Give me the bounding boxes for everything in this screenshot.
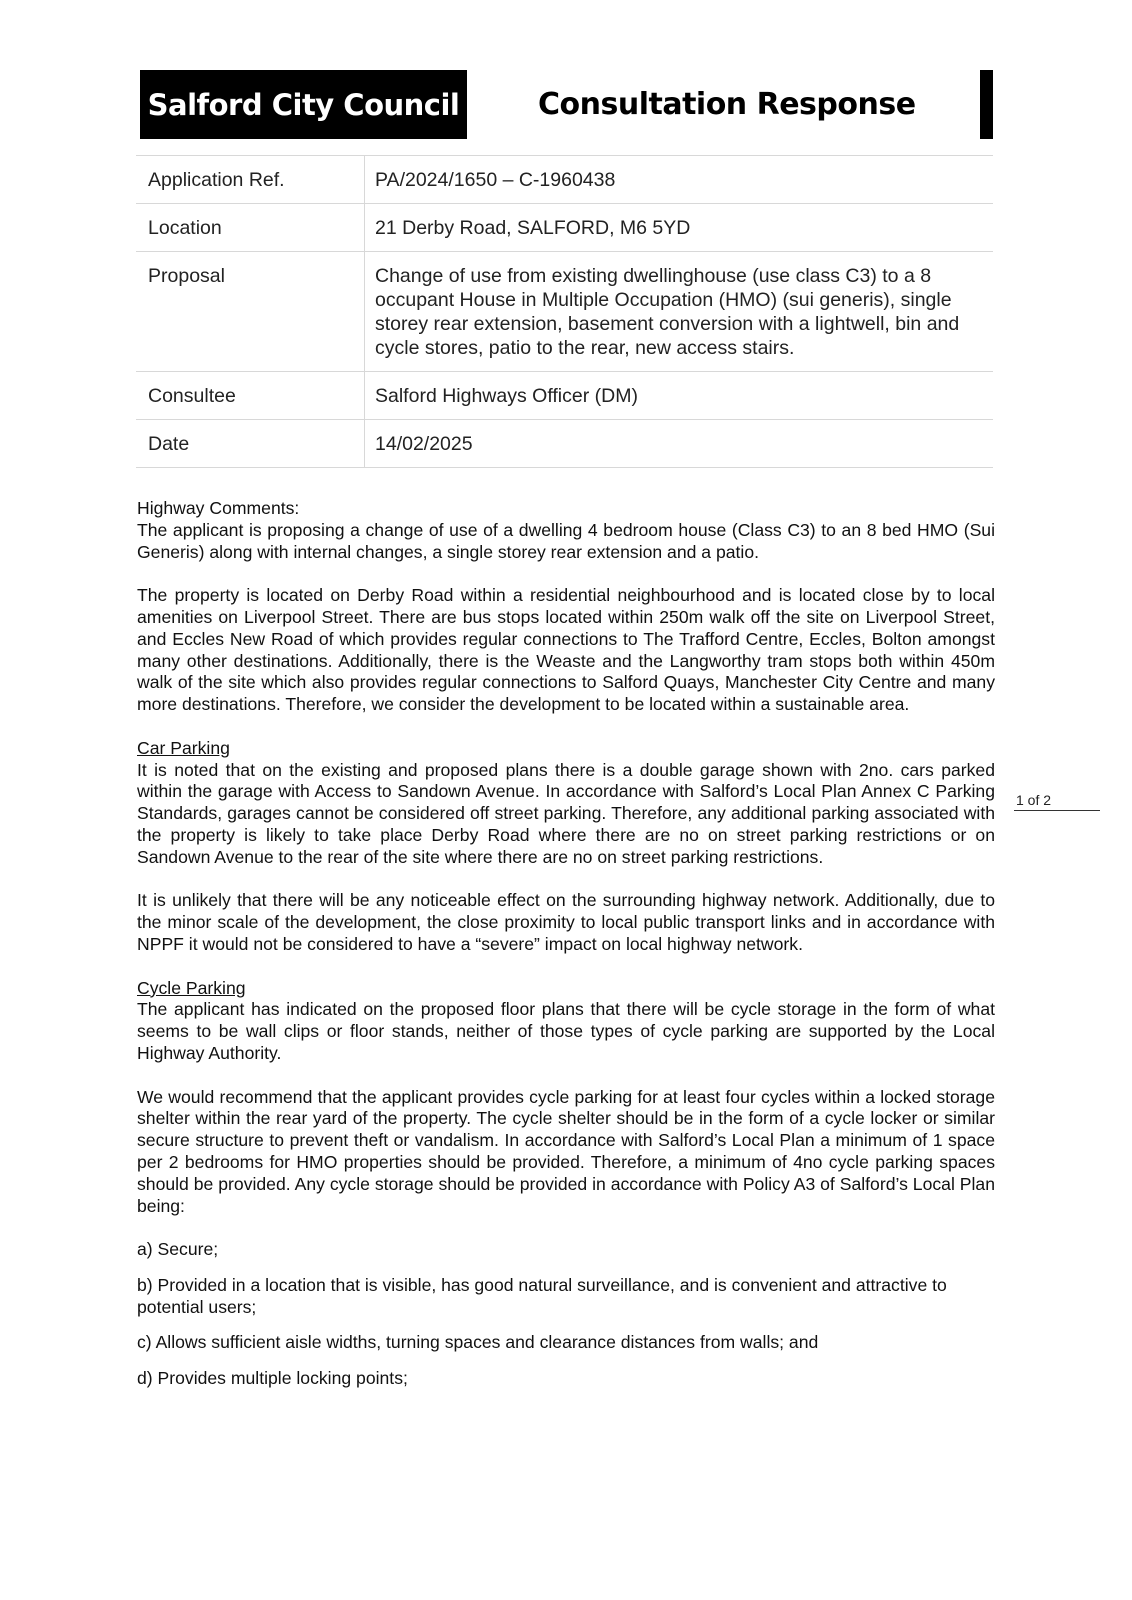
criteria-item: b) Provided in a location that is visibl… <box>137 1275 995 1319</box>
application-ref-value: PA/2024/1650 – C-1960438 <box>365 156 994 204</box>
location-value: 21 Derby Road, SALFORD, M6 5YD <box>365 204 994 252</box>
table-row-proposal: Proposal Change of use from existing dwe… <box>136 252 993 372</box>
highway-comments-body: Highway Comments: The applicant is propo… <box>137 498 995 1404</box>
table-row-consultee: Consultee Salford Highways Officer (DM) <box>136 372 993 420</box>
car-parking-paragraph-2: It is unlikely that there will be any no… <box>137 890 995 955</box>
proposal-value: Change of use from existing dwellinghous… <box>365 252 994 372</box>
row-label: Location <box>136 204 365 252</box>
criteria-item: d) Provides multiple locking points; <box>137 1368 995 1390</box>
cycle-parking-heading: Cycle Parking <box>137 978 995 1000</box>
row-label: Date <box>136 420 365 468</box>
location-paragraph: The property is located on Derby Road wi… <box>137 585 995 716</box>
intro-paragraph: The applicant is proposing a change of u… <box>137 520 995 564</box>
cycle-parking-paragraph-1: The applicant has indicated on the propo… <box>137 999 995 1064</box>
row-label: Proposal <box>136 252 365 372</box>
application-details-table: Application Ref. PA/2024/1650 – C-196043… <box>136 155 993 468</box>
table-row-application-ref: Application Ref. PA/2024/1650 – C-196043… <box>136 156 993 204</box>
council-logo: Salford City Council <box>140 70 467 139</box>
car-parking-heading: Car Parking <box>137 738 995 760</box>
cycle-parking-paragraph-2: We would recommend that the applicant pr… <box>137 1087 995 1218</box>
car-parking-paragraph-1: It is noted that on the existing and pro… <box>137 760 995 869</box>
consultee-value: Salford Highways Officer (DM) <box>365 372 994 420</box>
document-header: Salford City Council Consultation Respon… <box>140 70 993 139</box>
row-label: Consultee <box>136 372 365 420</box>
comments-heading: Highway Comments: <box>137 498 995 520</box>
row-label: Application Ref. <box>136 156 365 204</box>
date-value: 14/02/2025 <box>365 420 994 468</box>
table-row-date: Date 14/02/2025 <box>136 420 993 468</box>
criteria-item: a) Secure; <box>137 1239 995 1261</box>
table-row-location: Location 21 Derby Road, SALFORD, M6 5YD <box>136 204 993 252</box>
page-indicator: 1 of 2 <box>1014 792 1100 811</box>
header-accent-bar <box>980 70 993 139</box>
document-title: Consultation Response <box>538 70 916 139</box>
criteria-item: c) Allows sufficient aisle widths, turni… <box>137 1332 995 1354</box>
